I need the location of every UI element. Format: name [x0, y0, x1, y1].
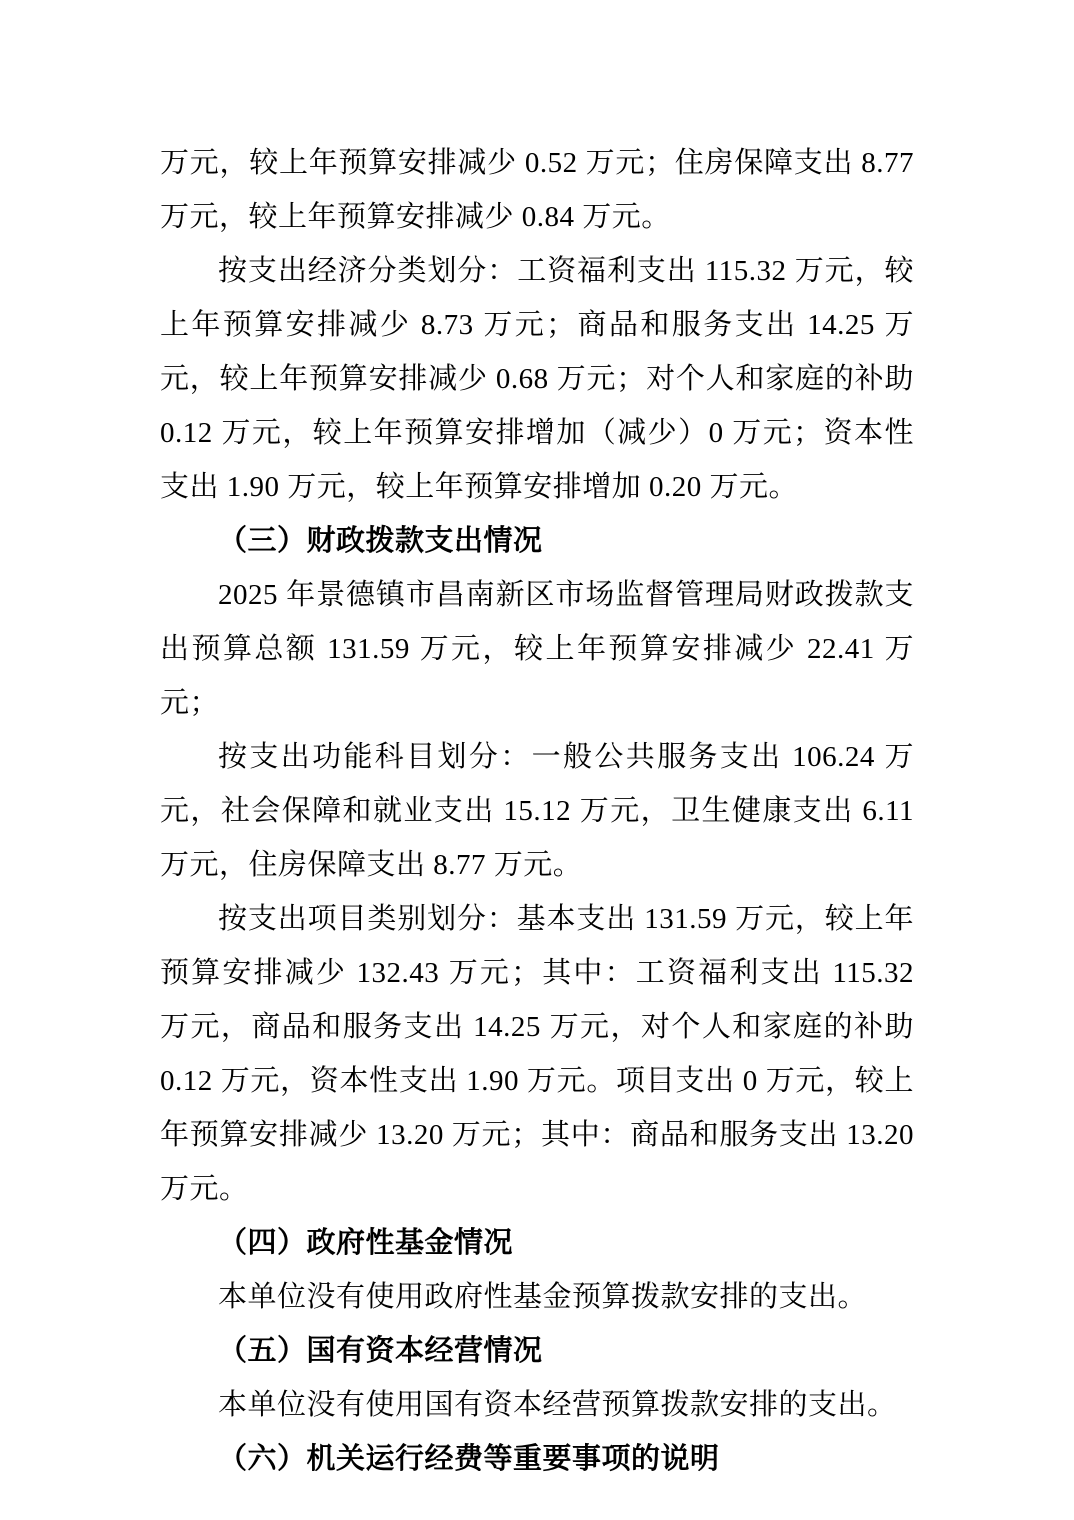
- heading-section-6-operating-expenses: （六）机关运行经费等重要事项的说明: [160, 1432, 914, 1486]
- paragraph-government-funds-statement: 本单位没有使用政府性基金预算拨款安排的支出。: [160, 1270, 914, 1324]
- heading-section-4-government-funds: （四）政府性基金情况: [160, 1216, 914, 1270]
- paragraph-expenditure-function-classification: 按支出功能科目划分：一般公共服务支出 106.24 万元，社会保障和就业支出 1…: [160, 730, 914, 892]
- heading-section-5-state-capital: （五）国有资本经营情况: [160, 1324, 914, 1378]
- paragraph-housing-security-continuation: 万元，较上年预算安排减少 0.52 万元；住房保障支出 8.77 万元，较上年预…: [160, 136, 914, 244]
- paragraph-expenditure-economic-classification: 按支出经济分类划分：工资福利支出 115.32 万元，较上年预算安排减少 8.7…: [160, 244, 914, 514]
- heading-section-3-fiscal-appropriation-expenditure: （三）财政拨款支出情况: [160, 514, 914, 568]
- document-page: 万元，较上年预算安排减少 0.52 万元；住房保障支出 8.77 万元，较上年预…: [0, 0, 1074, 1520]
- paragraph-state-capital-statement: 本单位没有使用国有资本经营预算拨款安排的支出。: [160, 1378, 914, 1432]
- paragraph-fiscal-appropriation-total: 2025 年景德镇市昌南新区市场监督管理局财政拨款支出预算总额 131.59 万…: [160, 568, 914, 730]
- paragraph-expenditure-project-classification: 按支出项目类别划分：基本支出 131.59 万元，较上年预算安排减少 132.4…: [160, 892, 914, 1216]
